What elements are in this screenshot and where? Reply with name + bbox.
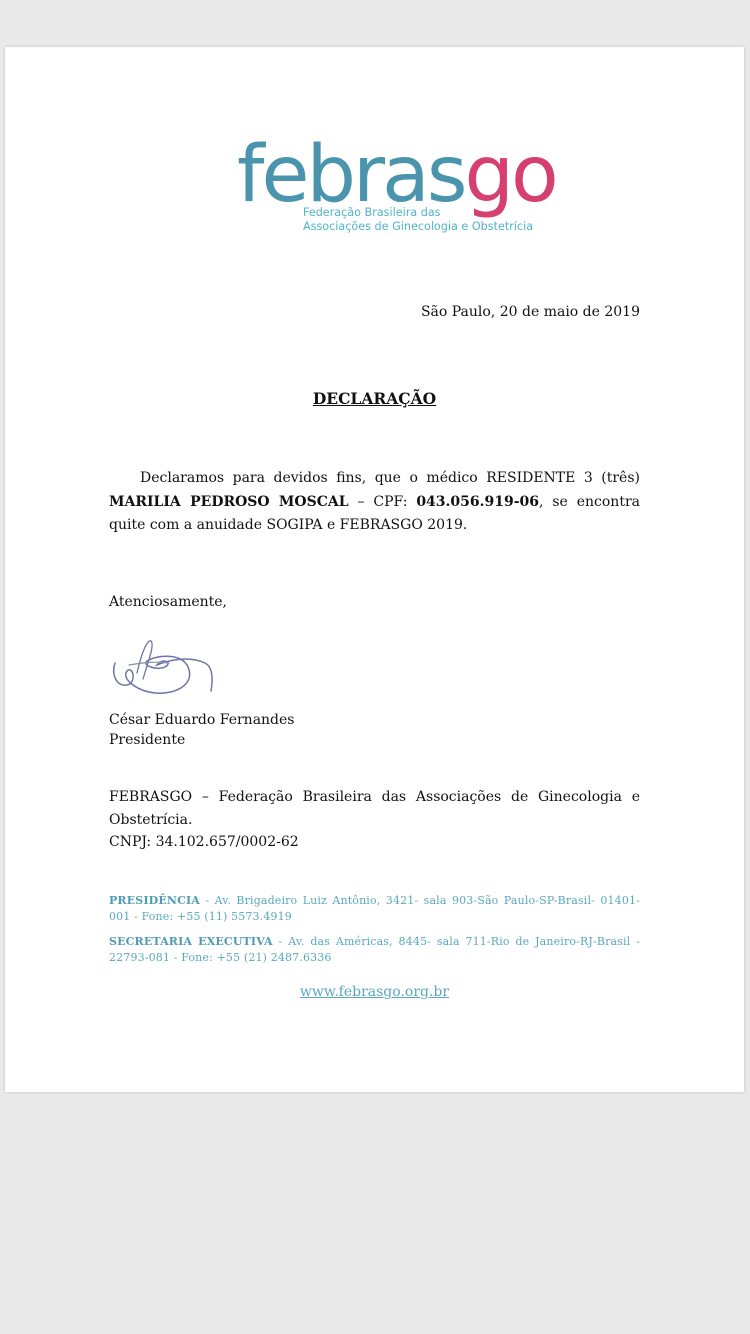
logo-subtitle-line2: Associações de Ginecologia e Obstetrícia xyxy=(303,220,533,234)
person-name: MARILIA PEDROSO MOSCAL xyxy=(109,494,349,510)
secretaria-label: SECRETARIA EXECUTIVA xyxy=(109,935,273,948)
organization-name: FEBRASGO – Federação Brasileira das Asso… xyxy=(109,786,640,831)
document-page: febrasgo Federação Brasileira das Associ… xyxy=(5,47,744,1092)
signer-role: Presidente xyxy=(109,730,295,750)
logo-wordmark: febrasgo xyxy=(237,135,556,215)
signer-name: César Eduardo Fernandes xyxy=(109,710,295,730)
logo-subtitle: Federação Brasileira das Associações de … xyxy=(303,206,533,234)
logo-subtitle-line1: Federação Brasileira das xyxy=(303,206,533,220)
cpf-number: 043.056.919-06 xyxy=(416,494,539,510)
closing: Atenciosamente, xyxy=(109,594,227,610)
address-secretaria: SECRETARIA EXECUTIVA - Av. das Américas,… xyxy=(109,934,640,966)
signer-block: César Eduardo Fernandes Presidente xyxy=(109,710,295,750)
cnpj: CNPJ: 34.102.657/0002-62 xyxy=(109,831,640,854)
signature-icon xyxy=(107,635,217,697)
website-link[interactable]: www.febrasgo.org.br xyxy=(5,984,744,1000)
date-line: São Paulo, 20 de maio de 2019 xyxy=(421,304,640,320)
organization-block: FEBRASGO – Federação Brasileira das Asso… xyxy=(109,786,640,854)
declaration-body: Declaramos para devidos fins, que o médi… xyxy=(109,467,640,538)
document-title: DECLARAÇÃO xyxy=(5,389,744,408)
address-presidencia: PRESIDÊNCIA - Av. Brigadeiro Luiz Antôni… xyxy=(109,893,640,925)
presidencia-label: PRESIDÊNCIA xyxy=(109,894,200,907)
body-intro: Declaramos para devidos fins, que o médi… xyxy=(140,470,640,486)
cpf-label: – CPF: xyxy=(349,494,417,510)
febrasgo-logo: febrasgo Federação Brasileira das Associ… xyxy=(237,135,527,240)
